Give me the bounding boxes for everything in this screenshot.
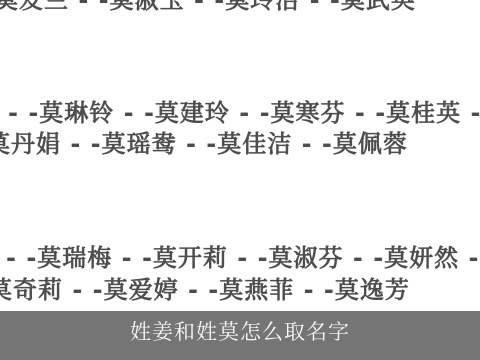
caption-bar: 姓姜和姓莫怎么取名字 [0, 311, 480, 360]
caption-title: 姓姜和姓莫怎么取名字 [130, 319, 350, 345]
name-list-row-3: 莫丹娟 - -莫瑶鸯 - -莫佳洁 - -莫佩蓉 [0, 131, 408, 157]
name-list-row-1: 莫发兰 - -莫淑玉 - -莫玲洁 - -莫武英 [0, 0, 416, 13]
name-list-row-5: 莫奇莉 - -莫爱婷 - -莫燕菲 - -莫逸芳 [0, 277, 410, 303]
name-list-row-2: - -莫琳铃 - -莫建玲 - -莫寒芬 - -莫桂英 - - [8, 100, 480, 126]
screenshot-canvas: 莫发兰 - -莫淑玉 - -莫玲洁 - -莫武英 - -莫琳铃 - -莫建玲 -… [0, 0, 480, 360]
name-list-row-4: - -莫瑞梅 - -莫开莉 - -莫淑芬 - -莫妍然 - - [6, 245, 480, 271]
